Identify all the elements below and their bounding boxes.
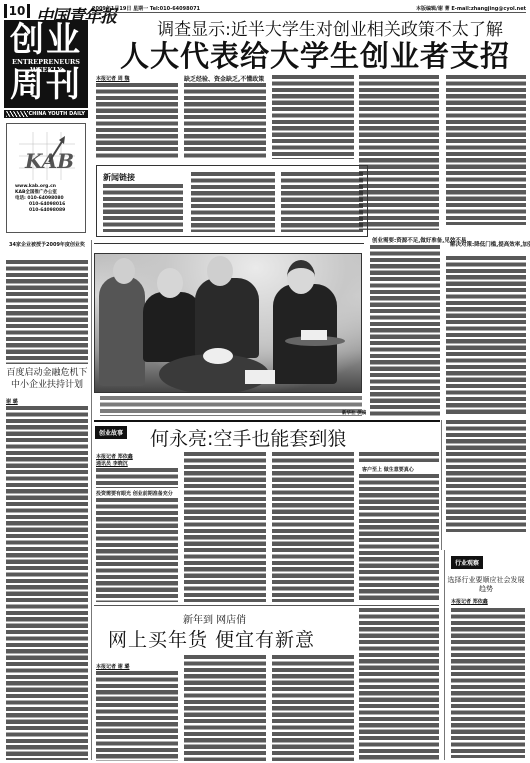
stripes-decoration	[6, 111, 28, 117]
lead-byline: 本报记者 周 魏	[96, 75, 129, 82]
story-two-col-4a	[359, 452, 439, 462]
kab-phone-3: 010-64098089	[15, 208, 65, 214]
page-number: 10	[4, 4, 30, 18]
left-ad-body-2	[6, 406, 88, 760]
industry-title: 选择行业要顺应社会发展趋势	[445, 576, 527, 594]
lead-body-col-5	[446, 75, 526, 225]
kab-ad-box: KAB www.kab.org.cn KAB全国推广办公室 电话: 010-64…	[6, 123, 86, 233]
story-two-byline-2: 通讯员 李晓沉	[96, 460, 128, 467]
top-rule	[92, 12, 526, 13]
section-title-bottom: 周刊	[6, 66, 86, 104]
plate	[203, 348, 233, 364]
news-link-title: 新闻链接	[103, 172, 135, 183]
story-two-col-1b	[96, 498, 178, 602]
story-two-title: 何永亮:空手也能套到狼	[150, 424, 346, 451]
person-3-head	[207, 256, 233, 286]
lead-subhead-4: 解决对策:降低门槛,提高效率,加强教育	[450, 240, 530, 248]
section-brand-block: 创业 ENTREPRENEURS WEEKLY 周刊	[4, 20, 88, 108]
news-link-box: 新闻链接	[96, 165, 368, 237]
story-two-subhead-2: 客户至上 做生意要真心	[362, 466, 414, 473]
news-link-col-3	[281, 172, 363, 232]
industry-box: 行业观察 选择行业要顺应社会发展趋势 本报记者 郑依鑫	[444, 550, 526, 760]
section-tag-industry: 行业观察	[451, 556, 483, 569]
person-2	[143, 292, 201, 362]
story-three-col-1	[96, 671, 178, 761]
lead-body-col-7	[446, 256, 526, 416]
divider-above-photo	[94, 243, 364, 244]
news-link-col-2	[191, 172, 275, 232]
industry-body	[451, 608, 525, 758]
brand-strip: CHINA YOUTH DAILY	[4, 110, 88, 118]
left-ad-body	[6, 260, 88, 364]
story-two-col-1a	[96, 468, 178, 488]
divider-story-three	[94, 605, 439, 606]
person-4-head	[287, 260, 315, 294]
lead-body-col-3	[272, 75, 354, 159]
person-1-head	[113, 258, 135, 284]
kab-contact: www.kab.org.cn KAB全国推广办公室 电话: 010-640980…	[15, 184, 65, 214]
news-photo	[94, 253, 362, 393]
photo-caption	[100, 396, 362, 416]
brand-strip-text: CHINA YOUTH DAILY	[28, 111, 85, 117]
lead-body-col-1	[96, 83, 178, 159]
story-three-col-2	[184, 655, 266, 761]
story-three-col-4	[359, 608, 439, 761]
left-ad-big-title: 百度启动金融危机下中小企业扶持计划	[4, 367, 90, 391]
left-ad-heading: 34家企业被授予2009年度创业奖	[6, 242, 88, 249]
editor-line: 本版编辑/谢 菁 E-mail:zhangjing@cyol.net	[416, 5, 526, 12]
industry-byline: 本报记者 郑依鑫	[451, 598, 488, 605]
story-two-col-2	[184, 452, 266, 602]
story-two-col-4b	[359, 474, 439, 602]
lead-subhead-1: 缺乏经验、资金缺乏,不懂政策	[184, 74, 264, 83]
plate-2	[245, 370, 275, 384]
story-two-byline-1: 本报记者 郑依鑫	[96, 453, 133, 460]
story-three-subtitle: 新年到 网店俏	[183, 611, 246, 626]
story-two-col-3	[272, 452, 354, 602]
date-line: 2009年1月19日 星期一 Tel:010-64098071	[92, 5, 200, 12]
lead-body-col-2	[184, 83, 266, 159]
kab-logo-icon: KAB	[19, 132, 75, 180]
left-column-rule	[91, 240, 92, 760]
story-three-byline: 本报记者 谢 璐	[96, 663, 129, 670]
left-ad-byline: 谢 璐	[6, 398, 18, 405]
story-two-subhead: 投资需要有眼光 创业前期准备充分	[96, 490, 173, 497]
divider-thick	[94, 420, 440, 422]
photo-credit: 新华社 供稿	[342, 410, 366, 416]
lead-title: 人大代表给大学生创业者支招	[100, 34, 530, 75]
section-title-top: 创业	[6, 22, 86, 58]
tray-dish	[301, 330, 327, 340]
lead-body-col-4	[359, 75, 439, 230]
story-three-col-3	[272, 655, 354, 761]
section-tag-story: 创业故事	[95, 426, 127, 439]
lead-body-col-8	[446, 420, 526, 532]
vertical-rule-right	[441, 420, 442, 550]
person-1	[99, 276, 145, 386]
news-link-col-1	[103, 184, 183, 232]
lead-body-col-6	[370, 245, 440, 417]
story-three-title: 网上买年货 便宜有新意	[108, 625, 315, 652]
person-2-head	[157, 268, 183, 298]
person-3	[195, 278, 259, 358]
